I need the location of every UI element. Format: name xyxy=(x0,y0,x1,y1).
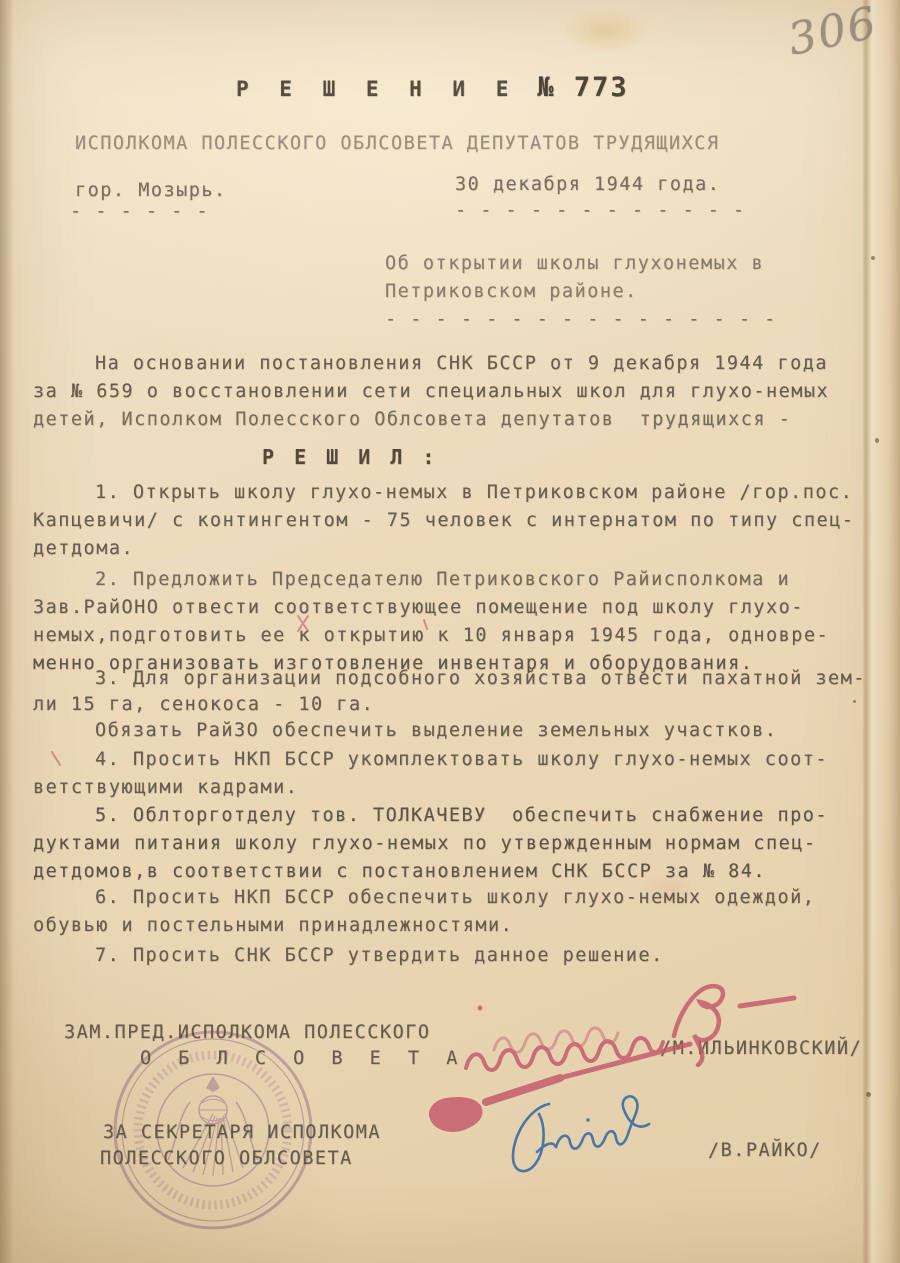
preamble: На основании постановления СНК БССР от 9… xyxy=(33,350,883,434)
date-line: 30 декабря 1944 года. xyxy=(455,174,720,195)
decree-item-line: обувью и постельными принадлежностями. xyxy=(33,912,883,940)
subject-line: Петриковском районе. xyxy=(385,278,777,306)
paper-stain xyxy=(560,8,650,54)
decree-item-4: 4. Просить НКП БССР укомплектовать школу… xyxy=(33,746,883,802)
scanned-decree-page: 306 Р Е Ш Е Н И Е № 773 ИСПОЛКОМА ПОЛЕСС… xyxy=(0,0,900,1263)
decree-item-line: Обязать РайЗО обеспечить выделение земел… xyxy=(33,718,883,744)
paper-speck xyxy=(871,256,875,260)
decree-item-line: детдома. xyxy=(33,535,883,563)
decree-item-line: 7. Просить СНК БССР утвердить данное реш… xyxy=(33,942,883,970)
preamble-line: На основании постановления СНК БССР от 9… xyxy=(33,350,883,378)
decree-item-line: детдомов,в соответствии с постановлением… xyxy=(33,858,883,886)
decree-item-3: 3. Для организации подсобного хозяйства … xyxy=(33,666,883,744)
stamp-globe xyxy=(199,1096,227,1124)
decree-item-line: 3. Для организации подсобного хозяйства … xyxy=(33,666,883,692)
stamp-star xyxy=(206,1076,220,1092)
page-left-shadow xyxy=(0,0,14,1263)
decree-item-line: немых,подготовить ее к открытию к 10 янв… xyxy=(33,622,883,650)
decree-item-2: 2. Предложить Председателю Петриковского… xyxy=(33,566,883,678)
decree-item-7: 7. Просить СНК БССР утвердить данное реш… xyxy=(33,942,883,970)
preamble-line: за № 659 о восстановлении сети специальн… xyxy=(33,378,883,406)
issuer-line: ИСПОЛКОМА ПОЛЕССКОГО ОБЛСОВЕТА ДЕПУТАТОВ… xyxy=(75,133,720,154)
decree-item-line: ли 15 га, сенокоса - 10 га. xyxy=(33,692,883,718)
paper-speck xyxy=(866,1092,871,1097)
subject-underline: - - - - - - - - - - - - - - - - xyxy=(385,306,777,334)
resolved-heading: Р Е Ш И Л : xyxy=(262,445,438,469)
signature-name: /В.РАЙКО/ xyxy=(708,1140,822,1161)
decree-item-line: дуктами питания школу глухо-немых по утв… xyxy=(33,830,883,858)
decree-item-line: 4. Просить НКП БССР укомплектовать школу… xyxy=(33,746,883,774)
date-underline: - - - - - - - - - - - - xyxy=(455,200,746,221)
decision-title: Р Е Ш Е Н И Е № 773 xyxy=(236,72,629,103)
decree-item-5: 5. Облторготделу тов. ТОЛКАЧЕВУ обеспечи… xyxy=(33,802,883,886)
decree-item-line: Капцевичи/ с контингентом - 75 человек с… xyxy=(33,507,883,535)
decree-item-6: 6. Просить НКП БССР обеспечить школу глу… xyxy=(33,884,883,940)
paper-speck xyxy=(875,438,879,443)
decision-title-word: Р Е Ш Е Н И Е xyxy=(236,77,517,101)
subject-line: Об открытии школы глухонемых в xyxy=(385,250,777,278)
signature-name: /М.ИЛЬИНКОВСКИЙ/ xyxy=(660,1038,862,1059)
decree-item-1: 1. Открыть школу глухо-немых в Петриковс… xyxy=(33,479,883,563)
preamble-line: детей, Исполком Полесского Облсовета деп… xyxy=(33,406,883,434)
signature-role: ПОЛЕССКОГО ОБЛСОВЕТА xyxy=(100,1148,353,1169)
decree-item-line: 5. Облторготделу тов. ТОЛКАЧЕВУ обеспечи… xyxy=(33,802,883,830)
place-line: гор. Мозырь. xyxy=(75,180,227,201)
decree-item-line: 2. Предложить Председателю Петриковского… xyxy=(33,566,883,594)
decree-item-line: ветствующими кадрами. xyxy=(33,774,883,802)
decision-number: № 773 xyxy=(537,72,628,103)
signature-role: ЗА СЕКРЕТАРЯ ИСПОЛКОМА xyxy=(103,1122,381,1143)
decree-item-line: Зав.РайОНО отвести соответствующее помещ… xyxy=(33,594,883,622)
decree-item-line: 1. Открыть школу глухо-немых в Петриковс… xyxy=(33,479,883,507)
signature-role: О Б Л С О В Е Т А xyxy=(140,1048,465,1069)
place-underline: - - - - - - xyxy=(70,201,209,222)
decree-item-line: 6. Просить НКП БССР обеспечить школу глу… xyxy=(33,884,883,912)
subject-block: Об открытии школы глухонемых в Петриковс… xyxy=(385,250,777,334)
signature-role: ЗАМ.ПРЕД.ИСПОЛКОМА ПОЛЕССКОГО xyxy=(64,1022,431,1043)
